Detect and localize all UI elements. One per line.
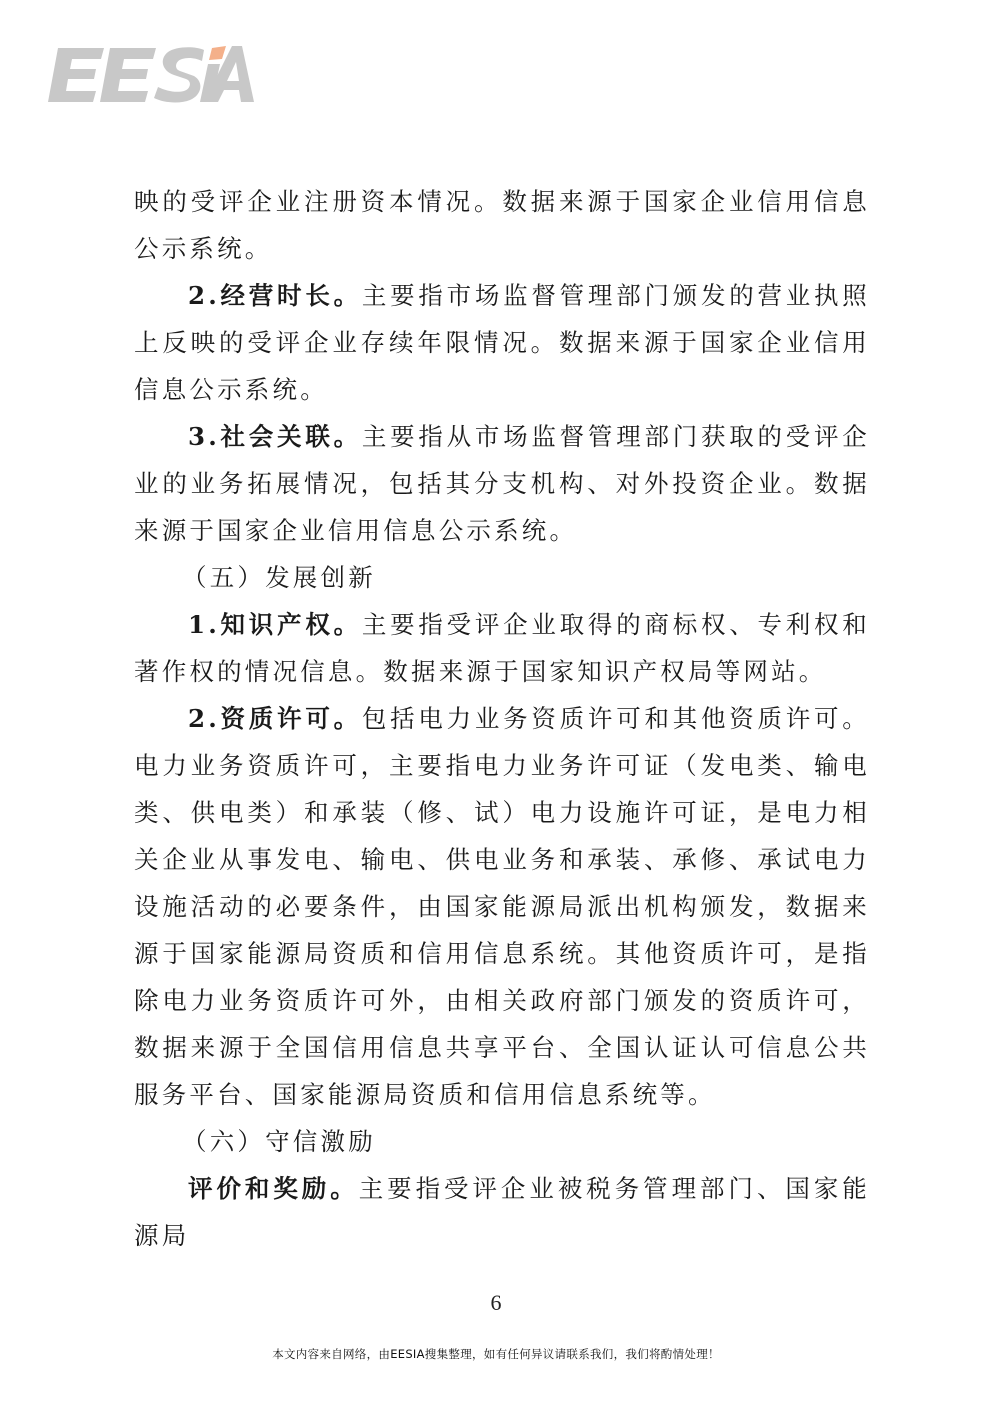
item-text: 包括电力业务资质许可和其他资质许可。电力业务资质许可，主要指电力业务许可证（发电… bbox=[134, 704, 870, 1109]
section-heading-development-innovation: （五）发展创新 bbox=[134, 554, 870, 601]
paragraph-operating-duration: 2.经营时长。主要指市场监督管理部门颁发的营业执照上反映的受评企业存续年限情况。… bbox=[134, 272, 870, 413]
item-lead: 评价和奖励。 bbox=[188, 1174, 359, 1203]
item-lead: 3.社会关联。 bbox=[188, 422, 362, 451]
paragraph-evaluation-reward: 评价和奖励。主要指受评企业被税务管理部门、国家能源局 bbox=[134, 1165, 870, 1259]
paragraph-qualification-license: 2.资质许可。包括电力业务资质许可和其他资质许可。电力业务资质许可，主要指电力业… bbox=[134, 695, 870, 1118]
paragraph-registered-capital-cont: 映的受评企业注册资本情况。数据来源于国家企业信用信息公示系统。 bbox=[134, 178, 870, 272]
item-lead: 2.经营时长。 bbox=[188, 281, 362, 310]
paragraph-intellectual-property: 1.知识产权。主要指受评企业取得的商标权、专利权和著作权的情况信息。数据来源于国… bbox=[134, 601, 870, 695]
item-lead: 1.知识产权。 bbox=[188, 610, 362, 639]
paragraph-social-association: 3.社会关联。主要指从市场监督管理部门获取的受评企业的业务拓展情况，包括其分支机… bbox=[134, 413, 870, 554]
page-number: 6 bbox=[0, 1290, 992, 1316]
section-heading-trust-incentive: （六）守信激励 bbox=[134, 1118, 870, 1165]
eesia-logo-graphic bbox=[46, 44, 256, 106]
eesia-logo bbox=[46, 44, 256, 106]
document-body: 映的受评企业注册资本情况。数据来源于国家企业信用信息公示系统。 2.经营时长。主… bbox=[134, 178, 870, 1259]
item-lead: 2.资质许可。 bbox=[188, 704, 362, 733]
footer-disclaimer: 本文内容来自网络，由EESIA搜集整理，如有任何异议请联系我们，我们将酌情处理！ bbox=[0, 1346, 992, 1362]
